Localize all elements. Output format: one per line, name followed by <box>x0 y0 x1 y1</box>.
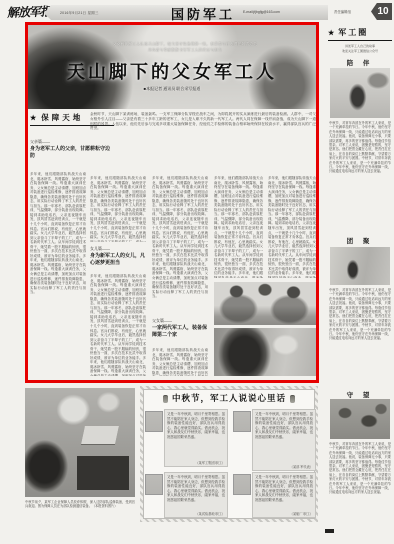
body-column-3b: 多年来，他们跟随部队转战天山南北，爬冰卧雪、风餐露宿，始终坚守在装备保障一线。每… <box>152 348 208 376</box>
quote-attribution: （某试验基地 职工） <box>195 511 225 516</box>
sidebar-title: ★军工圈 <box>328 27 392 41</box>
bottom-photo <box>25 388 135 497</box>
subhead-tag: 女儿篇—— <box>90 246 148 252</box>
sidebar-section-label: 团 聚 <box>328 236 392 245</box>
subhead-text: 身为新军工人的女儿，凡心逐梦更担当 <box>90 253 148 266</box>
quote-text: 又是一年中秋到，明月千里寄相思。虽然不能陪在家人身边，但想到经我手检修的装备性能… <box>167 475 225 511</box>
quote-text: 又是一年中秋到，明月千里寄相思。虽然不能陪在家人身边，但想到经我手检修的装备性能… <box>255 412 313 464</box>
article-byline: ■本报记者 通讯员 联合采写报道 <box>28 86 316 92</box>
equipment-in-photo <box>77 456 129 490</box>
portrait-photo <box>233 474 251 495</box>
newspaper-page: 解放军报 2016年9月21日 星期三 国防军工 E-mail:jfjbgfjg… <box>0 0 394 544</box>
sidebar-subtitle: 欢迎关注军工圈微信公众号 <box>328 49 392 53</box>
sidebar-text-3: 中秋节，对常年奔波在外的军工人来说，是一个充满牵挂的节日。今年中秋，他仍坚守在外… <box>329 442 391 530</box>
column-header-label: 保障天地 <box>41 113 83 122</box>
body-column-4: 多年来，他们跟随部队转战天山南北，爬冰卧雪、风餐露宿，始终坚守在装备保障一线。每… <box>214 176 263 278</box>
date-line: 2016年9月21日 星期三 <box>60 10 99 15</box>
sidebar-end-mark <box>325 529 334 533</box>
subhead-2: 女儿篇—— 身为新军工人的女儿，凡心逐梦更担当 <box>90 246 148 266</box>
star-flag-icon: ★ <box>30 115 39 122</box>
article-headline: 天山脚下的父女军工人 <box>28 58 316 84</box>
feature-headline-row: 中秋节，军工人说说心里话 <box>144 392 314 404</box>
photo-caption: 中秋节前夕，某军工企业保障人员放弃休假，深入边防部队巡修装备，受到官兵欢迎。图为… <box>25 500 135 517</box>
kicker-line: 父女两代军工人扎根天山脚下，接力坚守装备保障一线，把青春与汗水洒在风雪边关 <box>88 42 282 47</box>
quote-text: 又是一年中秋到，明月千里寄相思。虽然不能陪在家人身边，但想到经我手检修的装备性能… <box>255 475 313 511</box>
sidebar-subtitle: 讲述军工人自己的故事 <box>328 44 392 48</box>
portrait-photo <box>145 474 163 495</box>
star-flag-icon: ★ <box>328 30 336 37</box>
body-column-2b: 多年来，他们跟随部队转战天山南北，爬冰卧雪、风餐露宿，始终坚守在装备保障一线。每… <box>90 274 146 376</box>
sidebar-title-label: 军工圈 <box>338 28 368 37</box>
body-column-5: 多年来，他们跟随部队转战天山南北，爬冰卧雪、风餐露宿，始终坚守在装备保障一线。每… <box>268 176 316 278</box>
subhead-tag: 父女篇—— <box>152 318 210 324</box>
portrait-photo <box>145 411 163 432</box>
quote-attribution: （某部 军代表） <box>290 464 313 469</box>
kicker-line: 用执着与奉献默默书写军工人的责任与担当 <box>88 48 282 53</box>
quote-block: 又是一年中秋到，明月千里寄相思。虽然不能陪在家人身边，但想到经我手检修的装备性能… <box>164 472 228 518</box>
quote-text: 又是一年中秋到，明月千里寄相思。虽然不能陪在家人身边，但想到经我手检修的装备性能… <box>167 412 225 460</box>
closeup-photo <box>214 328 316 376</box>
lantern-icon <box>290 395 295 403</box>
feature-headline: 中秋节，军工人说说心里话 <box>172 393 286 403</box>
lantern-icon <box>163 395 168 403</box>
subhead-text: 一家两代军工人，装备保障第二个家 <box>152 325 210 338</box>
body-column-1: 多年来，他们跟随部队转战天山南北，爬冰卧雪、风餐露宿，始终坚守在装备保障一线。每… <box>30 172 86 376</box>
sidebar-section-label: 守 望 <box>328 390 392 399</box>
sidebar-section-label: 陪 伴 <box>328 58 392 67</box>
quote-attribution: （某军工集团 职工） <box>195 460 225 465</box>
body-column-2a: 多年来，他们跟随部队转战天山南北，爬冰卧雪、风餐露宿，始终坚守在装备保障一线。每… <box>90 176 146 242</box>
sidebar-photo-3 <box>330 399 390 439</box>
sidebar-photo-1 <box>330 68 390 118</box>
midautumn-feature-box: 中秋节，军工人说说心里话 又是一年中秋到，明月千里寄相思。虽然不能陪在家人身边，… <box>140 386 318 522</box>
sidebar-photo-2 <box>330 247 390 285</box>
article-banner-photo: 父女两代军工人扎根天山脚下，接力坚守装备保障一线，把青春与汗水洒在风雪边关 用执… <box>28 25 316 109</box>
laptop-in-photo <box>81 426 119 444</box>
quote-block: 又是一年中秋到，明月千里寄相思。虽然不能陪在家人身边，但想到经我手检修的装备性能… <box>164 409 228 467</box>
group-photo <box>214 282 316 325</box>
email-address: E-mail:jfjbgfjg@163.com <box>243 10 280 14</box>
subhead-3: 父女篇—— 一家两代军工人，装备保障第二个家 <box>152 318 210 338</box>
quote-block: 又是一年中秋到，明月千里寄相思。虽然不能陪在家人身边，但想到经我手检修的装备性能… <box>252 472 316 518</box>
portrait-photo <box>233 411 251 432</box>
quote-block: 又是一年中秋到，明月千里寄相思。虽然不能陪在家人身边，但想到经我手检修的装备性能… <box>252 409 316 471</box>
quote-attribution: （某船厂 职工） <box>290 511 313 516</box>
body-column-3a: 多年来，他们跟随部队转战天山南北，爬冰卧雪、风餐露宿，始终坚守在装备保障一线。每… <box>152 176 208 314</box>
article-lead: 金秋时节，天山脚下某训练场，装备轰鸣。一支军工保障分队穿梭在战车之间，为即将展开… <box>90 112 316 170</box>
page-number-badge: 10 <box>371 3 392 20</box>
sidebar-text-1: 中秋节，对常年奔波在外的军工人来说，是一个充满牵挂的节日。今年中秋，他仍坚守在外… <box>329 121 391 233</box>
section-title: 国防军工 <box>168 4 238 23</box>
editor-note: 责任编辑组 <box>334 9 351 14</box>
sidebar-text-2: 中秋节，对常年奔波在外的军工人来说，是一个充满牵挂的节日。今年中秋，他仍坚守在外… <box>329 288 391 386</box>
